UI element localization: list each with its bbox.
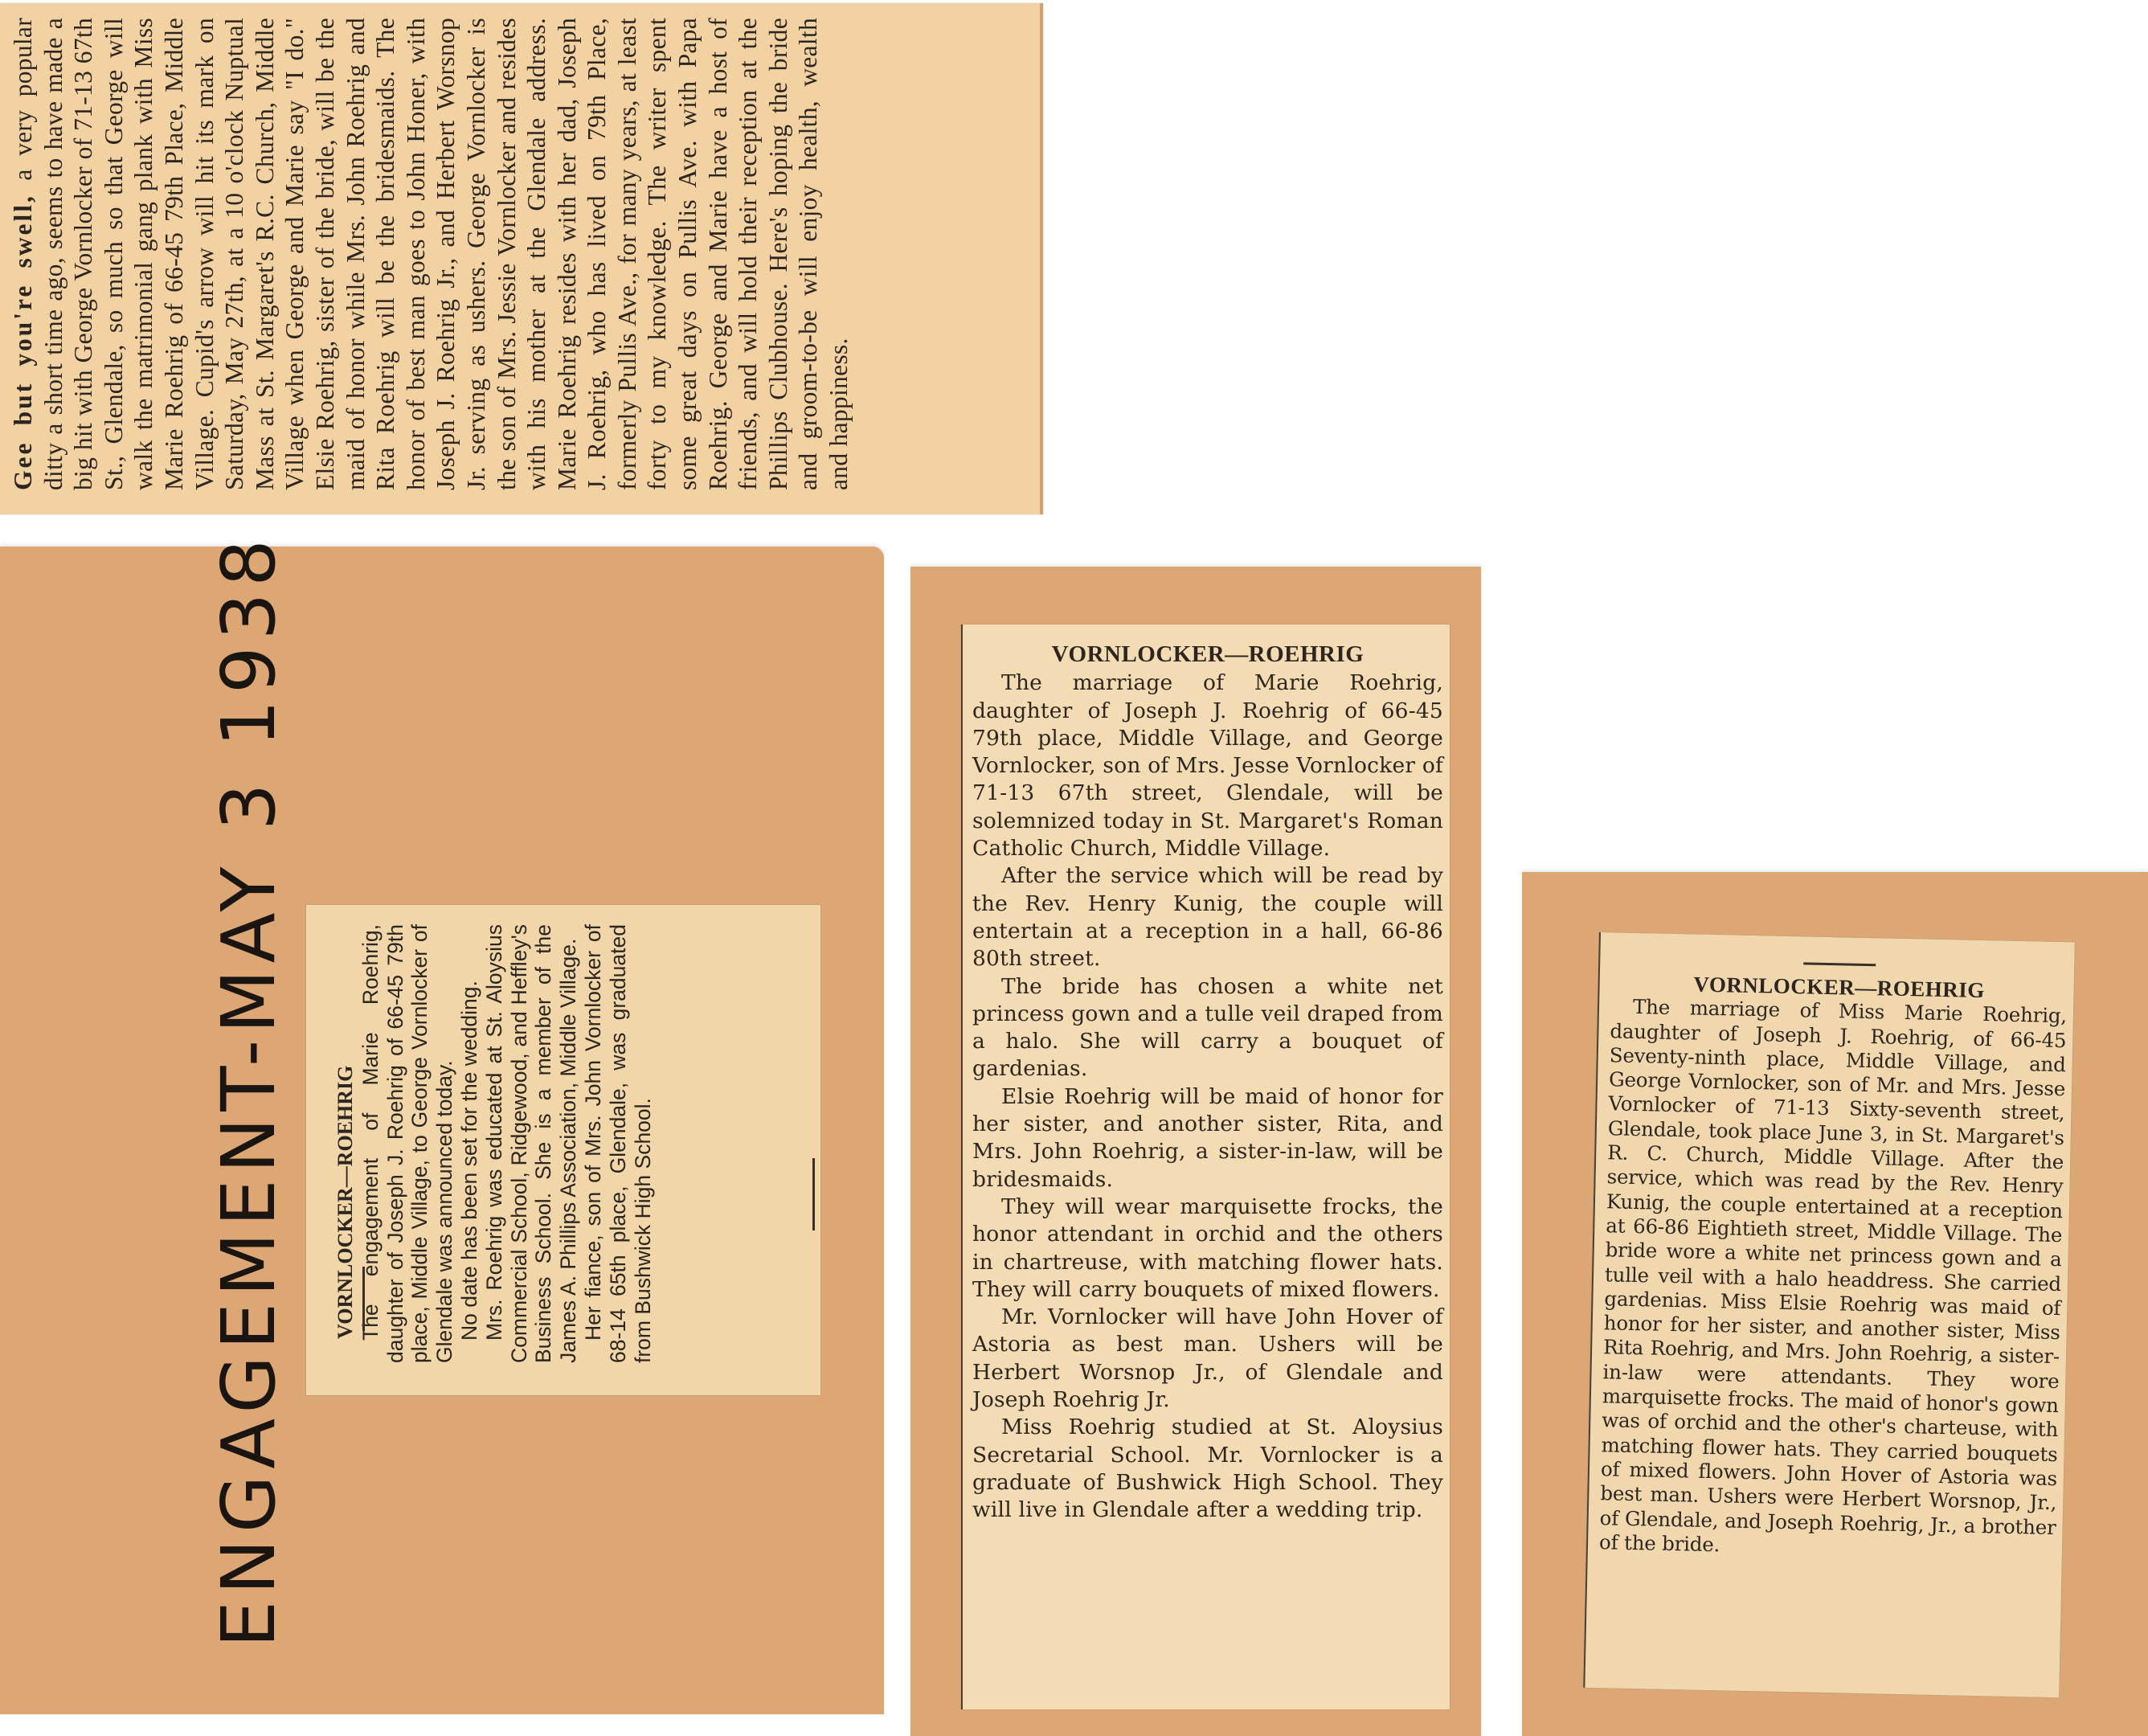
wedding-announcement-paragraph: Miss Roehrig studied at St. Aloysius Sec…: [972, 1414, 1443, 1524]
wedding-announcement-paragraph: After the service which will be read by …: [972, 862, 1443, 972]
wedding-announcement-paragraph: Mr. Vornlocker will have John Hover of A…: [972, 1304, 1443, 1414]
engagement-paragraph: No date has been set for the wedding.: [457, 924, 482, 1363]
wedding-announcement-paragraph: The marriage of Marie Roehrig, daughter …: [972, 669, 1443, 862]
engagement-paragraph: The engagement of Marie Roehrig, daughte…: [358, 924, 457, 1363]
engagement-paragraph: Her fiance, son of Mrs. John Vornlocker …: [581, 924, 655, 1363]
engagement-clipping-rotated-text: VORNLOCKER—ROEHRIG The engagement of Mar…: [306, 905, 820, 1395]
wedding-report-clipping: VORNLOCKER—ROEHRIG The marriage of Miss …: [1583, 932, 2075, 1697]
wedding-announcement-paragraph: They will wear marquisette frocks, the h…: [972, 1193, 1443, 1304]
handwritten-date-note: ENGAGEMENT-MAY 3 1938: [205, 587, 293, 1648]
column-rule: [812, 1158, 815, 1230]
top-clipping-lead: Gee but you're swell,: [9, 194, 37, 490]
wedding-announcement-paragraph: Elsie Roehrig will be maid of honor for …: [972, 1083, 1443, 1193]
wedding-announcement-headline: VORNLOCKER—ROEHRIG: [972, 641, 1443, 668]
column-rule: [362, 1267, 365, 1331]
engagement-clipping: VORNLOCKER—ROEHRIG The engagement of Mar…: [306, 905, 820, 1395]
top-clipping-body: a very popular ditty a short time ago, s…: [9, 18, 853, 490]
wedding-report-paragraph: The marriage of Miss Marie Roehrig, daug…: [1599, 995, 2067, 1565]
top-clipping-rotated-text: Gee but you're swell, a very popular dit…: [0, 5, 1029, 503]
headline-rule: [1803, 962, 1876, 966]
top-newspaper-clipping: Gee but you're swell, a very popular dit…: [0, 3, 1043, 514]
engagement-paragraph: Mrs. Roehrig was educated at St. Aloysiu…: [482, 924, 581, 1363]
engagement-headline: VORNLOCKER—ROEHRIG: [333, 924, 358, 1363]
wedding-announcement-clipping: VORNLOCKER—ROEHRIG The marriage of Marie…: [961, 624, 1450, 1709]
wedding-announcement-paragraph: The bride has chosen a white net princes…: [972, 973, 1443, 1083]
